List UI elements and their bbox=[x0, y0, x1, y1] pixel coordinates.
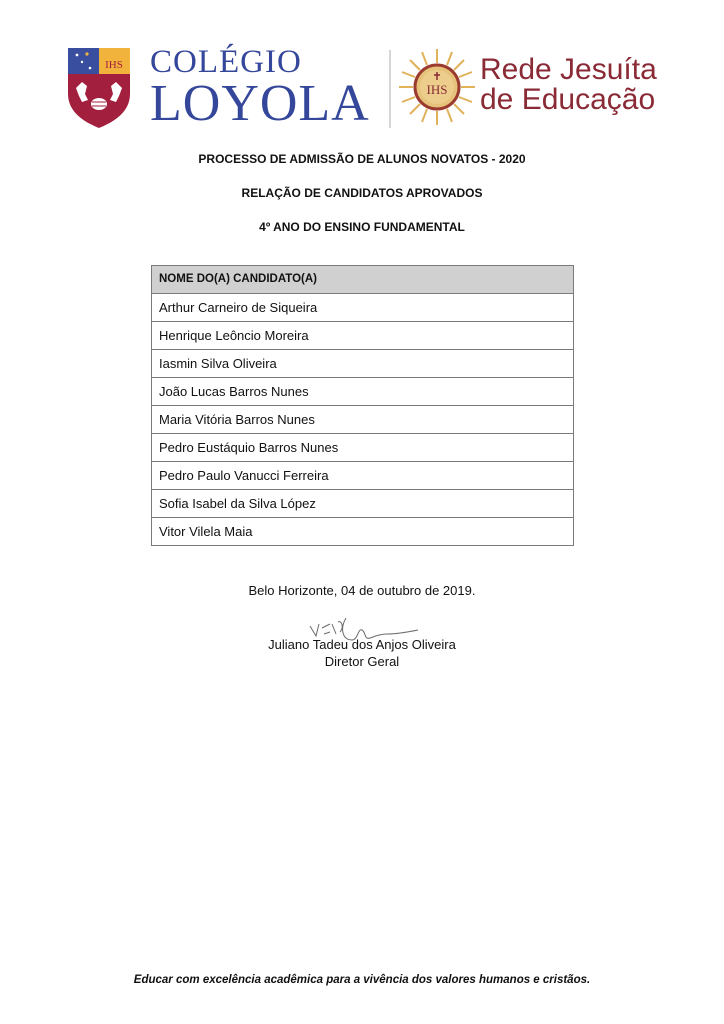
table-row: Maria Vitória Barros Nunes bbox=[152, 406, 573, 434]
title-admission-process: PROCESSO DE ADMISSÃO DE ALUNOS NOVATOS -… bbox=[0, 150, 724, 184]
logo-rede-jesuita-text: Rede Jesuíta bbox=[480, 54, 657, 86]
jesuit-sun-emblem-icon: IHS bbox=[397, 47, 477, 127]
logo-divider bbox=[389, 50, 391, 128]
svg-text:IHS: IHS bbox=[427, 82, 448, 97]
title-grade-level: 4º ANO DO ENSINO FUNDAMENTAL bbox=[0, 218, 724, 252]
table-header: NOME DO(A) CANDIDATO(A) bbox=[152, 266, 573, 294]
table-row: Arthur Carneiro de Siqueira bbox=[152, 294, 573, 322]
svg-text:IHS: IHS bbox=[105, 59, 123, 71]
table-row: Iasmin Silva Oliveira bbox=[152, 350, 573, 378]
table-row: João Lucas Barros Nunes bbox=[152, 378, 573, 406]
logo-loyola-text: LOYOLA bbox=[150, 77, 370, 131]
signer-block: Juliano Tadeu dos Anjos Oliveira Diretor… bbox=[0, 636, 724, 670]
colegio-loyola-crest-icon: IHS bbox=[68, 48, 130, 128]
table-row: Henrique Leôncio Moreira bbox=[152, 322, 573, 350]
signer-role: Diretor Geral bbox=[0, 653, 724, 670]
letterhead: IHS COLÉGIO LOYOLA IHS Rede Jesuíta de E… bbox=[0, 0, 724, 140]
approved-candidates-table: NOME DO(A) CANDIDATO(A) Arthur Carneiro … bbox=[151, 265, 574, 546]
place-and-date: Belo Horizonte, 04 de outubro de 2019. bbox=[0, 583, 724, 598]
signer-name: Juliano Tadeu dos Anjos Oliveira bbox=[0, 636, 724, 653]
document-titles: PROCESSO DE ADMISSÃO DE ALUNOS NOVATOS -… bbox=[0, 150, 724, 252]
table-row: Pedro Paulo Vanucci Ferreira bbox=[152, 462, 573, 490]
table-row: Vitor Vilela Maia bbox=[152, 518, 573, 546]
title-approved-list: RELAÇÃO DE CANDIDATOS APROVADOS bbox=[0, 184, 724, 218]
footer-motto: Educar com excelência acadêmica para a v… bbox=[0, 974, 724, 986]
table-row: Pedro Eustáquio Barros Nunes bbox=[152, 434, 573, 462]
table-row: Sofia Isabel da Silva López bbox=[152, 490, 573, 518]
logo-de-educacao-text: de Educação bbox=[480, 84, 655, 116]
